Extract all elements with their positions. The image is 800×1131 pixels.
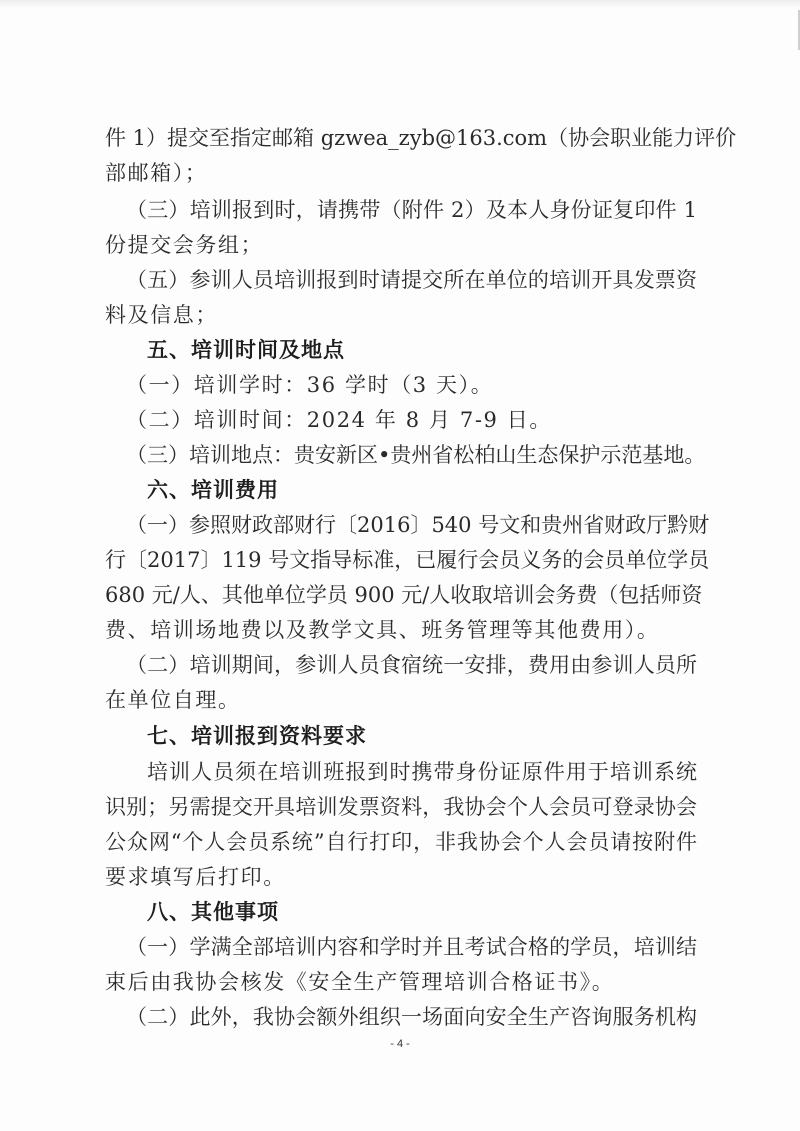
text-line: 培训人员须在培训班报到时携带身份证原件用于培训系统 [147,758,697,786]
text-line: 识别；另需提交开具培训发票资料，我协会个人会员可登录协会 [105,793,697,821]
text-line: （一）参照财政部财行〔2016〕540 号文和贵州省财政厅黔财 [126,511,697,539]
text-line: （一）培训学时：36 学时（3 天）。 [126,371,726,399]
text-line: （二）此外，我协会额外组织一场面向安全生产咨询服务机构 [126,1003,697,1031]
text-line: （二）培训时间：2024 年 8 月 7-9 日。 [126,406,726,434]
text-line: 行〔2017〕119 号文指导标准，已履行会员义务的会员单位学员 [105,546,697,574]
text-line: （五）参训人员培训报到时请提交所在单位的培训开具发票资 [126,266,697,294]
text-line: （三）培训地点：贵安新区•贵州省松柏山生态保护示范基地。 [126,441,697,469]
text-line: 在单位自理。 [105,686,705,714]
text-line: （三）培训报到时，请携带（附件 2）及本人身份证复印件 1 [126,196,697,224]
text-line: 要求填写后打印。 [105,863,705,891]
text-line: 680 元/人、其他单位学员 900 元/人收取培训会务费（包括师资 [105,581,697,609]
section-heading: 五、培训时间及地点 [147,336,345,364]
text-line: 料及信息； [105,301,705,329]
text-line: （一）学满全部培训内容和学时并且考试合格的学员，培训结 [126,933,697,961]
section-heading: 八、其他事项 [147,898,279,926]
text-line: 费、培训场地费以及教学文具、班务管理等其他费用）。 [105,616,705,644]
text-line: 份提交会务组； [105,231,705,259]
document-page: 件 1）提交至指定邮箱 gzwea_zyb@163.com（协会职业能力评价部邮… [0,0,800,1131]
page-number: - 4 - [0,1038,800,1050]
text-line: 件 1）提交至指定邮箱 gzwea_zyb@163.com（协会职业能力评价 [105,124,697,152]
text-line: 部邮箱）； [105,159,705,187]
section-heading: 六、培训费用 [147,476,279,504]
text-line: （二）培训期间，参训人员食宿统一安排，费用由参训人员所 [126,651,697,679]
text-line: 束后由我协会核发《安全生产管理培训合格证书》。 [105,968,705,996]
section-heading: 七、培训报到资料要求 [147,722,367,750]
text-line: 公众网“个人会员系统”自行打印，非我协会个人会员请按附件 [105,828,697,856]
